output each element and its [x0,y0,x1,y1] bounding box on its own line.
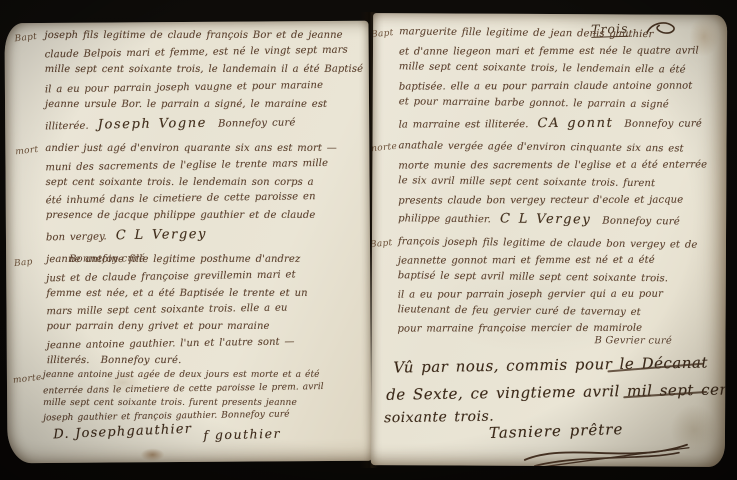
record-line: baptisé le sept avril mille sept cent so… [398,270,716,285]
signature-flourish-icon [519,438,695,467]
left-page: Baptjoseph fils legitime de claude franç… [4,21,371,464]
record-line: jeanne antoine just agée de deux jours e… [43,370,363,380]
register-record: morte.jeanne antoine just agée de deux j… [4,21,371,464]
cure-signature-line: B Gevrier curé [583,328,672,347]
register-scan: Baptjoseph fils legitime de claude franç… [0,0,737,480]
record-line: lieutenant de feu gervier curé de tavern… [398,304,716,319]
witness-signature: f gouthier [203,426,281,443]
record-line: joseph gauthier et françois gauthier. Bo… [43,409,363,424]
attestation-line: soixante trois. [384,409,494,427]
record-line: mille sept cent soixante trois. furent p… [43,397,363,407]
record-line: françois joseph fils legitime de claude … [398,236,716,251]
right-page: Trois Baptmarguerite fille legitime de j… [371,13,727,467]
cure-signature: B Gevrier curé [594,335,672,346]
record-line: il a eu pour parrain joseph gervier qui … [398,288,716,300]
left-page-records: Baptjoseph fils legitime de claude franç… [4,21,368,24]
margin-note: morte. [12,372,45,385]
right-page-records: Baptmarguerite fille legitime de jean de… [373,13,727,15]
record-line: enterrée dans le cimetiere de cette paro… [43,381,363,396]
margin-note: Bapt [371,238,393,250]
record-line: jeannette gonnot mari et femme est né et… [398,254,716,266]
